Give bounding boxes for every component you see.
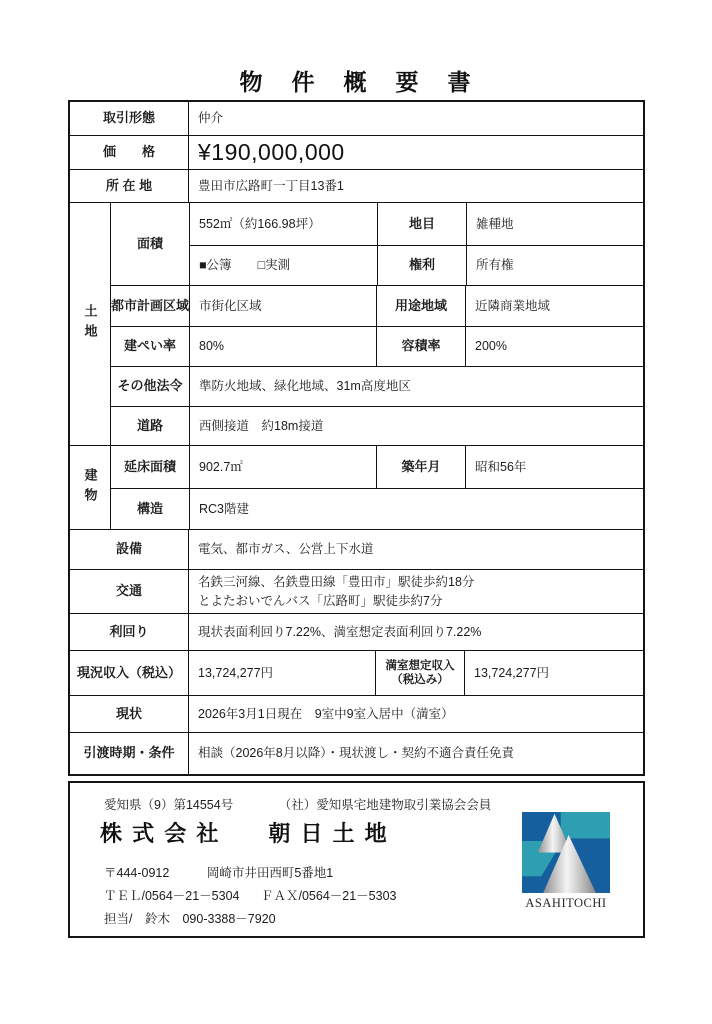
- land-section-body: 面積 552㎡（約166.98坪） 地目 雑種地 ■公簿 □実測: [110, 203, 643, 445]
- current-status-label: 現状: [70, 696, 188, 732]
- table-row: 建ぺい率 80% 容積率 200%: [111, 326, 643, 366]
- land-area-value: 552㎡（約166.98坪）: [190, 203, 377, 245]
- land-area-block: 面積 552㎡（約166.98坪） 地目 雑種地 ■公簿 □実測: [111, 203, 643, 285]
- facilities-label: 設備: [70, 530, 188, 569]
- company-info-box: 愛知県（9）第14554号 （社）愛知県宅地建物取引業協会会員 株 式 会 社 …: [68, 781, 645, 938]
- address-line: 〒444-0912 岡崎市井田西町5番地1: [104, 863, 333, 881]
- building-section: 建物 延床面積 902.7㎡ 築年月 昭和56年 構造 RC3階建: [70, 445, 643, 529]
- floor-area-ratio-value: 200%: [465, 327, 643, 366]
- table-row: ■公簿 □実測 権利 所有権: [190, 245, 643, 285]
- registered-checkbox-label: ■公簿: [199, 256, 232, 274]
- current-status-value: 2026年3月1日現在 9室中9室入居中（満室）: [188, 696, 643, 732]
- table-row: 延床面積 902.7㎡ 築年月 昭和56年: [111, 446, 643, 488]
- floor-area-label: 延床面積: [111, 446, 189, 488]
- current-income-value: 13,724,277円: [188, 651, 375, 695]
- building-section-body: 延床面積 902.7㎡ 築年月 昭和56年 構造 RC3階建: [110, 446, 643, 529]
- facilities-value: 電気、都市ガス、公営上下水道: [188, 530, 643, 569]
- transport-line1: 名鉄三河線、名鉄豊田線「豊田市」駅徒歩約18分: [198, 573, 474, 591]
- location-value: 豊田市広路町一丁目13番1: [188, 170, 643, 202]
- table-row: 所 在 地 豊田市広路町一丁目13番1: [70, 169, 643, 202]
- structure-label: 構造: [111, 489, 189, 529]
- table-row: 設備 電気、都市ガス、公営上下水道: [70, 529, 643, 569]
- table-row: 現況収入（税込） 13,724,277円 満室想定収入 （税込み） 13,724…: [70, 650, 643, 695]
- road-label: 道路: [111, 407, 189, 445]
- current-income-label: 現況収入（税込）: [70, 651, 188, 695]
- table-row: 交通 名鉄三河線、名鉄豊田線「豊田市」駅徒歩約18分 とよたおいでんバス「広路町…: [70, 569, 643, 613]
- street-address: 岡崎市井田西町5番地1: [207, 866, 333, 880]
- table-row: 引渡時期・条件 相談（2026年8月以降）・現状渡し・契約不適合責任免責: [70, 732, 643, 774]
- tel-number: ＴＥＬ/0564－21－5304: [104, 889, 240, 903]
- table-row: 現状 2026年3月1日現在 9室中9室入居中（満室）: [70, 695, 643, 732]
- location-label: 所 在 地: [70, 170, 188, 202]
- floor-area-ratio-label: 容積率: [376, 327, 465, 366]
- table-row: その他法令 準防火地域、緑化地域、31m高度地区: [111, 366, 643, 406]
- land-rights-label: 権利: [377, 246, 466, 285]
- transport-label: 交通: [70, 570, 188, 613]
- handover-label: 引渡時期・条件: [70, 733, 188, 774]
- other-laws-label: その他法令: [111, 367, 189, 406]
- other-laws-value: 準防火地域、緑化地域、31m高度地区: [189, 367, 643, 406]
- association-membership: （社）愛知県宅地建物取引業協会会員: [279, 798, 492, 812]
- transport-line2: とよたおいでんバス「広路町」駅徒歩約7分: [198, 592, 442, 610]
- company-name: 株 式 会 社 朝 日 土 地: [100, 817, 389, 848]
- license-line: 愛知県（9）第14554号 （社）愛知県宅地建物取引業協会会員: [104, 795, 491, 813]
- asahitochi-logo-icon: [522, 812, 610, 893]
- price-label: 価 格: [70, 136, 188, 169]
- table-row: 取引形態 仲介: [70, 102, 643, 135]
- property-summary-table: 取引形態 仲介 価 格 ¥190,000,000 所 在 地 豊田市広路町一丁目…: [68, 100, 645, 776]
- surveyed-checkbox-label: □実測: [258, 256, 291, 274]
- built-year-label: 築年月: [376, 446, 465, 488]
- fax-number: ＦＡＸ/0564－21－5303: [261, 889, 397, 903]
- land-rights-value: 所有権: [466, 246, 643, 285]
- mountain-logo-icon: [522, 812, 610, 893]
- yield-value: 現状表面利回り7.22%、満室想定表面利回り7.22%: [188, 614, 643, 650]
- road-value: 西側接道 約18m接道: [189, 407, 643, 445]
- land-category-value: 雑種地: [466, 203, 643, 245]
- handover-value: 相談（2026年8月以降）・現状渡し・契約不適合責任免責: [188, 733, 643, 774]
- building-coverage-label: 建ぺい率: [111, 327, 189, 366]
- page-title: 物 件 概 要 書: [68, 64, 645, 97]
- structure-value: RC3階建: [189, 489, 643, 529]
- floor-area-value: 902.7㎡: [189, 446, 376, 488]
- full-occupancy-income-label: 満室想定収入 （税込み）: [375, 651, 464, 695]
- table-row: 構造 RC3階建: [111, 488, 643, 529]
- table-row: 利回り 現状表面利回り7.22%、満室想定表面利回り7.22%: [70, 613, 643, 650]
- building-section-label: 建物: [70, 446, 110, 529]
- zoning-label: 用途地域: [376, 286, 465, 326]
- license-number: 愛知県（9）第14554号: [104, 798, 233, 812]
- building-coverage-value: 80%: [189, 327, 376, 366]
- city-plan-label: 都市計画区域: [111, 286, 189, 326]
- built-year-value: 昭和56年: [465, 446, 643, 488]
- transaction-type-label: 取引形態: [70, 102, 188, 135]
- table-row: 都市計画区域 市街化区域 用途地域 近隣商業地域: [111, 285, 643, 326]
- land-section: 土地 面積 552㎡（約166.98坪） 地目 雑種地 ■公簿: [70, 202, 643, 445]
- contact-person: 担当/ 鈴木 090-3388－7920: [104, 909, 276, 927]
- land-area-basis: ■公簿 □実測: [190, 246, 377, 285]
- transport-value: 名鉄三河線、名鉄豊田線「豊田市」駅徒歩約18分 とよたおいでんバス「広路町」駅徒…: [188, 570, 643, 613]
- price-value: ¥190,000,000: [188, 136, 643, 169]
- property-summary-page: 物 件 概 要 書 取引形態 仲介 価 格 ¥190,000,000 所 在 地…: [0, 0, 712, 1024]
- table-row: 道路 西側接道 約18m接道: [111, 406, 643, 445]
- zoning-value: 近隣商業地域: [465, 286, 643, 326]
- transaction-type-value: 仲介: [188, 102, 643, 135]
- postal-code: 〒444-0912: [104, 866, 169, 880]
- full-occupancy-income-value: 13,724,277円: [464, 651, 643, 695]
- city-plan-value: 市街化区域: [189, 286, 376, 326]
- land-section-label: 土地: [70, 203, 110, 445]
- yield-label: 利回り: [70, 614, 188, 650]
- land-area-rows: 552㎡（約166.98坪） 地目 雑種地 ■公簿 □実測 権利 所有権: [189, 203, 643, 285]
- land-area-label: 面積: [111, 203, 189, 285]
- land-category-label: 地目: [377, 203, 466, 245]
- phone-line: ＴＥＬ/0564－21－5304 ＦＡＸ/0564－21－5303: [104, 886, 396, 904]
- table-row: 価 格 ¥190,000,000: [70, 135, 643, 169]
- table-row: 552㎡（約166.98坪） 地目 雑種地: [190, 203, 643, 245]
- logo-wordmark: ASAHITOCHI: [514, 896, 618, 911]
